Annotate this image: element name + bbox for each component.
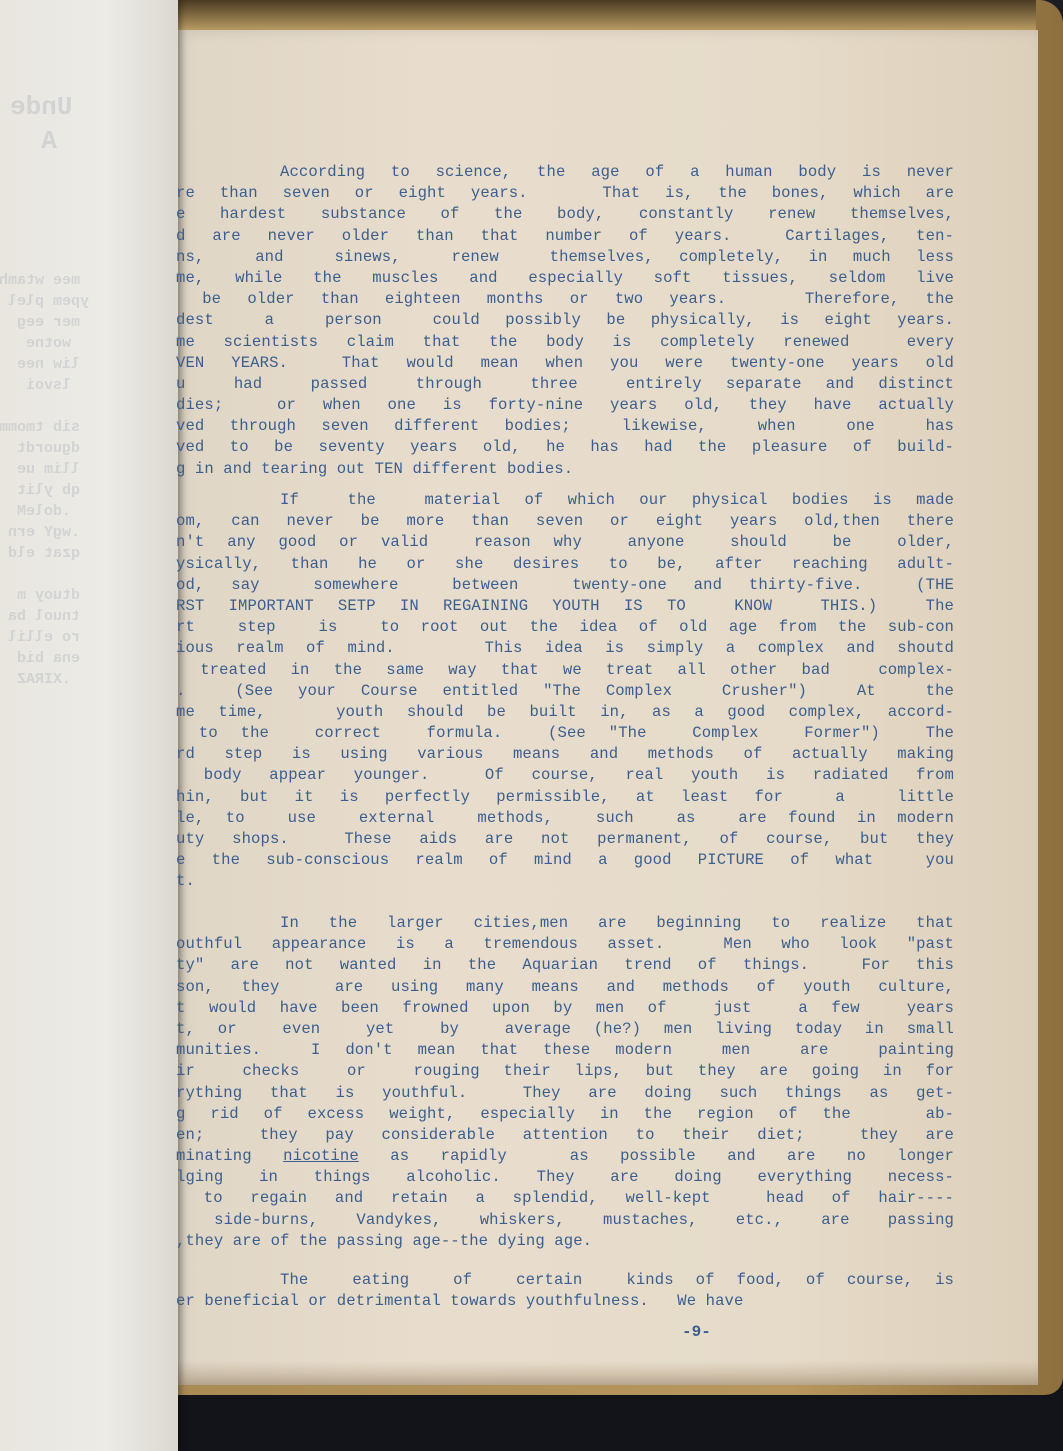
text-line: be older than eighteen months or two yea… [176,289,954,310]
text-line: me scientists claim that the body is com… [176,332,954,353]
text-line: to the correct formula. (See "The Comple… [176,723,954,744]
text-line: ns, and sinews, renew themselves, comple… [176,247,954,268]
text-line: t would have been frowned upon by men of… [176,998,954,1019]
show-through-text: mee wtamh ypem plel mer eeg wotne liw ne… [0,270,98,690]
text-line: dies; or when one is forty-nine years ol… [176,395,954,416]
text-line: According to science, the age of a human… [176,162,954,183]
text-line: lging in things alcoholic. They are doin… [176,1167,954,1188]
text-line: RST IMPORTANT SETP IN REGAINING YOUTH IS… [176,596,954,617]
text-line: If the material of which our physical bo… [176,490,954,511]
text-line: g in and tearing out TEN different bodie… [176,459,954,480]
text-line: . (See your Course entitled "The Complex… [176,681,954,702]
text-line: rything that is youthful. They are doing… [176,1083,954,1104]
text-line: body appear younger. Of course, real you… [176,765,954,786]
paragraph-age-of-body: According to science, the age of a human… [176,162,954,480]
text-line: e the sub-conscious realm of mind a good… [176,850,954,871]
text-line: er beneficial or detrimental towards you… [176,1291,954,1312]
text-line: ir checks or rouging their lips, but the… [176,1061,954,1082]
text-line: ysically, than he or she desires to be, … [176,554,954,575]
text-line: munities. I don't mean that these modern… [176,1040,954,1061]
text-line: n't any good or valid reason why anyone … [176,532,954,553]
text-line: to regain and retain a splendid, well-ke… [176,1188,954,1209]
text-line: ved to be seventy years old, he has had … [176,437,954,458]
text-line: od, say somewhere between twenty-one and… [176,575,954,596]
text-line: en; they pay considerable attention to t… [176,1125,954,1146]
paragraph-material-of-bodies: If the material of which our physical bo… [176,490,954,893]
text-line: om, can never be more than seven or eigh… [176,511,954,532]
facing-page-leaf: Unde A mee wtamh ypem plel mer eeg wotne… [0,0,178,1451]
text-line: VEN YEARS. That would mean when you were… [176,353,954,374]
text-line: d are never older than that number of ye… [176,226,954,247]
underlined-word: nicotine [283,1147,359,1165]
text-line: uty shops. These aids are not permanent,… [176,829,954,850]
text-line: me time, youth should be built in, as a … [176,702,954,723]
show-through-heading: Unde A [10,90,72,158]
text-line: ty" are not wanted in the Aquarian trend… [176,955,954,976]
text-line: side-burns, Vandykes, whiskers, mustache… [176,1210,954,1231]
text-line: t. [176,871,954,892]
text-line: g rid of excess weight, especially in th… [176,1104,954,1125]
text-line: ,they are of the passing age--the dying … [176,1231,954,1252]
text-line: In the larger cities,men are beginning t… [176,913,954,934]
text-column: According to science, the age of a human… [176,0,966,1451]
text-line: The eating of certain kinds of food, of … [176,1270,954,1291]
text-line: hin, but it is perfectly permissible, at… [176,787,954,808]
text-line: rd step is using various means and metho… [176,744,954,765]
text-line: t, or even yet by average (he?) men livi… [176,1019,954,1040]
paragraph-eating-food: The eating of certain kinds of food, of … [176,1270,954,1312]
text-line: e hardest substance of the body, constan… [176,204,954,225]
page-number: -9- [682,1323,711,1341]
text-line: re than seven or eight years. That is, t… [176,183,954,204]
text-line: le, to use external methods, such as are… [176,808,954,829]
text-line: treated in the same way that we treat al… [176,660,954,681]
text-line: outhful appearance is a tremendous asset… [176,934,954,955]
text-line: dest a person could possibly be physical… [176,310,954,331]
text-line: u had passed through three entirely sepa… [176,374,954,395]
text-line: minating nicotine as rapidly as possible… [176,1146,954,1167]
text-line: son, they are using many means and metho… [176,977,954,998]
text-line: me, while the muscles and especially sof… [176,268,954,289]
text-line: ved through seven different bodies; like… [176,416,954,437]
text-line: ious realm of mind. This idea is simply … [176,638,954,659]
paragraph-larger-cities: In the larger cities,men are beginning t… [176,913,954,1252]
text-line: rt step is to root out the idea of old a… [176,617,954,638]
